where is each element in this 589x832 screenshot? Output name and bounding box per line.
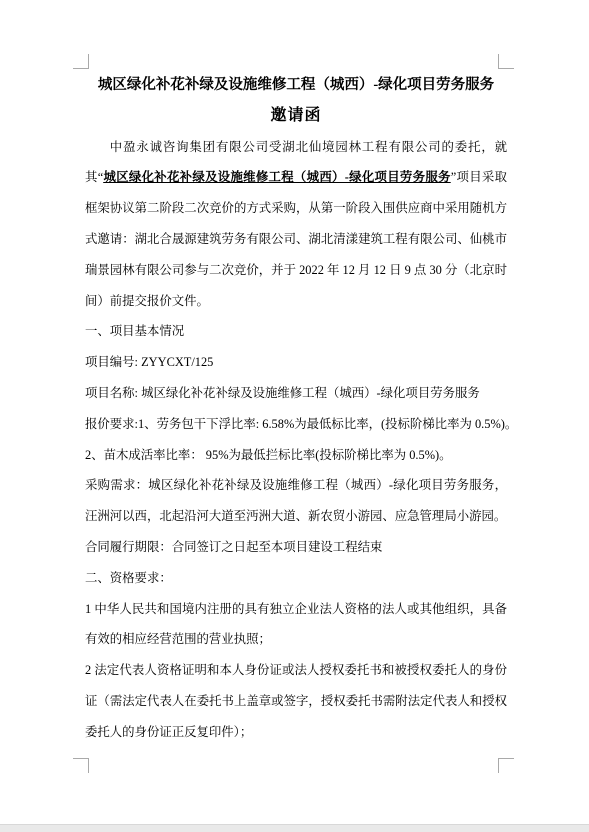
quote-requirement-line-2: 2、苗木成活率比率： 95%为最低拦标比率(投标阶梯比率为 0.5%)。 [85, 440, 507, 471]
margin-mark-top-left-icon [73, 54, 89, 69]
document-page: 城区绿化补花补绿及设施维修工程（城西）-绿化项目劳务服务 邀请函 中盈永诚咨询集… [0, 0, 589, 825]
page-bottom-gap [0, 824, 589, 832]
section1-heading: 一、项目基本情况 [85, 316, 507, 347]
qualification-item-1: 1 中华人民共和国境内注册的具有独立企业法人资格的法人或其他组织，具备有效的相应… [85, 594, 507, 656]
document-text-area[interactable]: 城区绿化补花补绿及设施维修工程（城西）-绿化项目劳务服务 邀请函 中盈永诚咨询集… [85, 70, 507, 748]
section2-heading: 二、资格要求： [85, 563, 507, 594]
margin-mark-top-right-icon [498, 54, 514, 69]
project-name-line: 项目名称: 城区绿化补花补绿及设施维修工程（城西）-绿化项目劳务服务 [85, 378, 507, 409]
intro-project-name-underlined: 城区绿化补花补绿及设施维修工程（城西）-绿化项目劳务服务 [103, 170, 451, 184]
intro-text-post: ”项目采取框架协议第二阶段二次竞价的方式采购，从第一阶段入围供应商中采用随机方式… [85, 170, 507, 307]
qualification-item-2: 2 法定代表人资格证明和本人身份证或法人授权委托书和被授权委托人的身份证（需法定… [85, 655, 507, 747]
document-subtitle: 邀请函 [85, 101, 507, 132]
contract-term-line: 合同履行期限：合同签订之日起至本项目建设工程结束 [85, 532, 507, 563]
document-title: 城区绿化补花补绿及设施维修工程（城西）-绿化项目劳务服务 [85, 70, 507, 101]
intro-paragraph: 中盈永诚咨询集团有限公司受湖北仙境园林工程有限公司的委托，就其“城区绿化补花补绿… [85, 132, 507, 317]
procurement-demand-paragraph: 采购需求：城区绿化补花补绿及设施维修工程（城西）-绿化项目劳务服务，汪洲河以西，… [85, 470, 507, 532]
margin-mark-bottom-right-icon [498, 758, 514, 773]
margin-mark-bottom-left-icon [73, 758, 89, 773]
quote-requirement-line-1: 报价要求:1、劳务包干下浮比率: 6.58%为最低标比率，(投标阶梯比率为 0.… [85, 409, 507, 440]
project-number-line: 项目编号: ZYYCXT/125 [85, 347, 507, 378]
